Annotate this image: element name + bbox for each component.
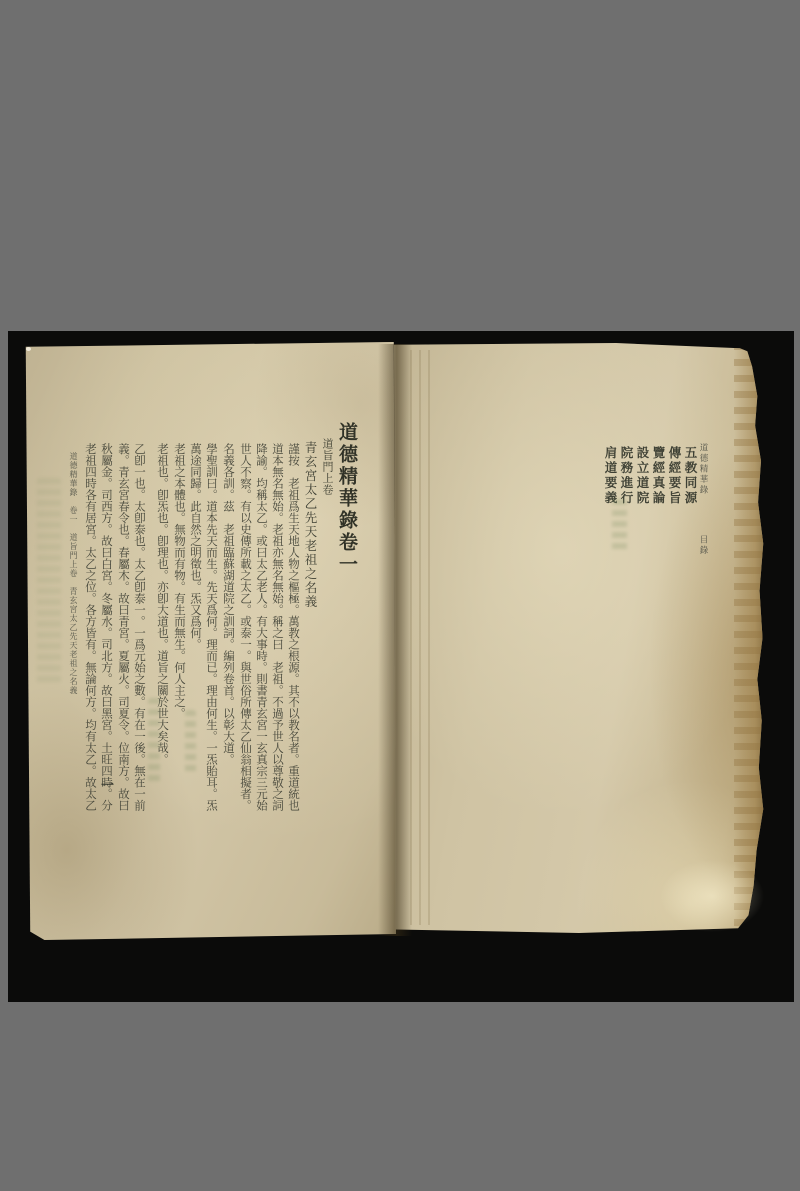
text-column: 乙卽一也。太卽泰也。太乙卽泰一。一爲元始之數。有在一後。無在一前。故太 [132,443,148,811]
torn-page-edge [734,343,764,933]
screenshot-root: { "document": { "type_note": "scanned tw… [0,0,800,1191]
text-column: 老祖也。卽炁也。卽理也。亦卽大道也。道旨之關於世大矣哉。 [155,443,171,811]
text-column: 世人不察。有以史傳所載之太乙。或泰一。與世俗所傳太乙仙翁相擬者。 [238,443,254,811]
text-column: 學聖訓曰。道本先天而生。先天爲何。理而已。理由何生。一炁貽耳。炁化則萬 [204,443,220,811]
text-column: 降諭。均稱太乙。或曰太乙老人。有大事時。則書青玄宮一玄真宗三元始 [254,443,270,811]
text-column: 義。青玄宮春令也。春屬木。故曰青宮。夏屬火。司夏令。位南方。故曰赤宮。 [116,443,132,811]
text-column: 秋屬金。司西方。故曰白宮。冬屬水。司北方。故曰黑宮。土旺四時。分列四正。故 [99,443,115,811]
text-column: 老祖之本體也。無物而有物。有生而無生。何人主之。 [172,443,188,811]
text-column: 謹按 老祖爲生天地人物之樞極。萬教之根源。其不以教名者。重道統也。 [286,443,302,811]
book-spread: 道德精華錄卷一 道旨門上卷 青玄宮太乙先天老祖之名義 謹按 老祖爲生天地人物之樞… [0,0,800,1191]
page-number: 一 [96,778,115,798]
left-page: 道德精華錄卷一 道旨門上卷 青玄宮太乙先天老祖之名義 謹按 老祖爲生天地人物之樞… [22,342,396,940]
page-title: 道德精華錄卷一 [334,422,361,592]
text-column: 道本無名無始。老祖亦無名無始。稱之曰 老祖。不過予世人以尊敬之詞耳。先是濟壇 [270,443,286,811]
text-column: 名義各訓。茲 老祖臨蘇湖道院之訓詞。編列卷首。以彰大道。 [221,443,237,811]
running-footer: 道德精華錄 卷一 道旨門上卷 青玄宮太乙先天老祖之名義 [68,452,79,742]
toc-label: 目錄 [697,535,709,569]
section-heading: 青玄宮太乙先天老祖之名義 [301,441,319,631]
toc-item: 肩道要義 [601,446,619,512]
right-page: 道德精華錄 目錄 五教同源 傳經要旨 覽經真論 設立道院 院務進行 肩道要義 [394,343,764,933]
toc-item: 五教同源 [681,446,699,512]
text-column: 老祖四時各有居宮。太乙之位。各方皆有。無論何方。均有太乙。故太乙之位。 [83,443,99,811]
ink-bleed-smudge [37,478,61,683]
toc-item: 院務進行 [617,446,635,512]
toc-item: 覽經真論 [649,446,667,512]
toc-item: 傳經要旨 [665,446,683,512]
text-column: 萬途同歸。此自然之明徵也。炁又爲何。 [188,443,204,811]
volume-subtitle: 道旨門上卷 [319,438,335,518]
paper-speck [26,347,31,351]
toc-item: 設立道院 [633,446,651,512]
